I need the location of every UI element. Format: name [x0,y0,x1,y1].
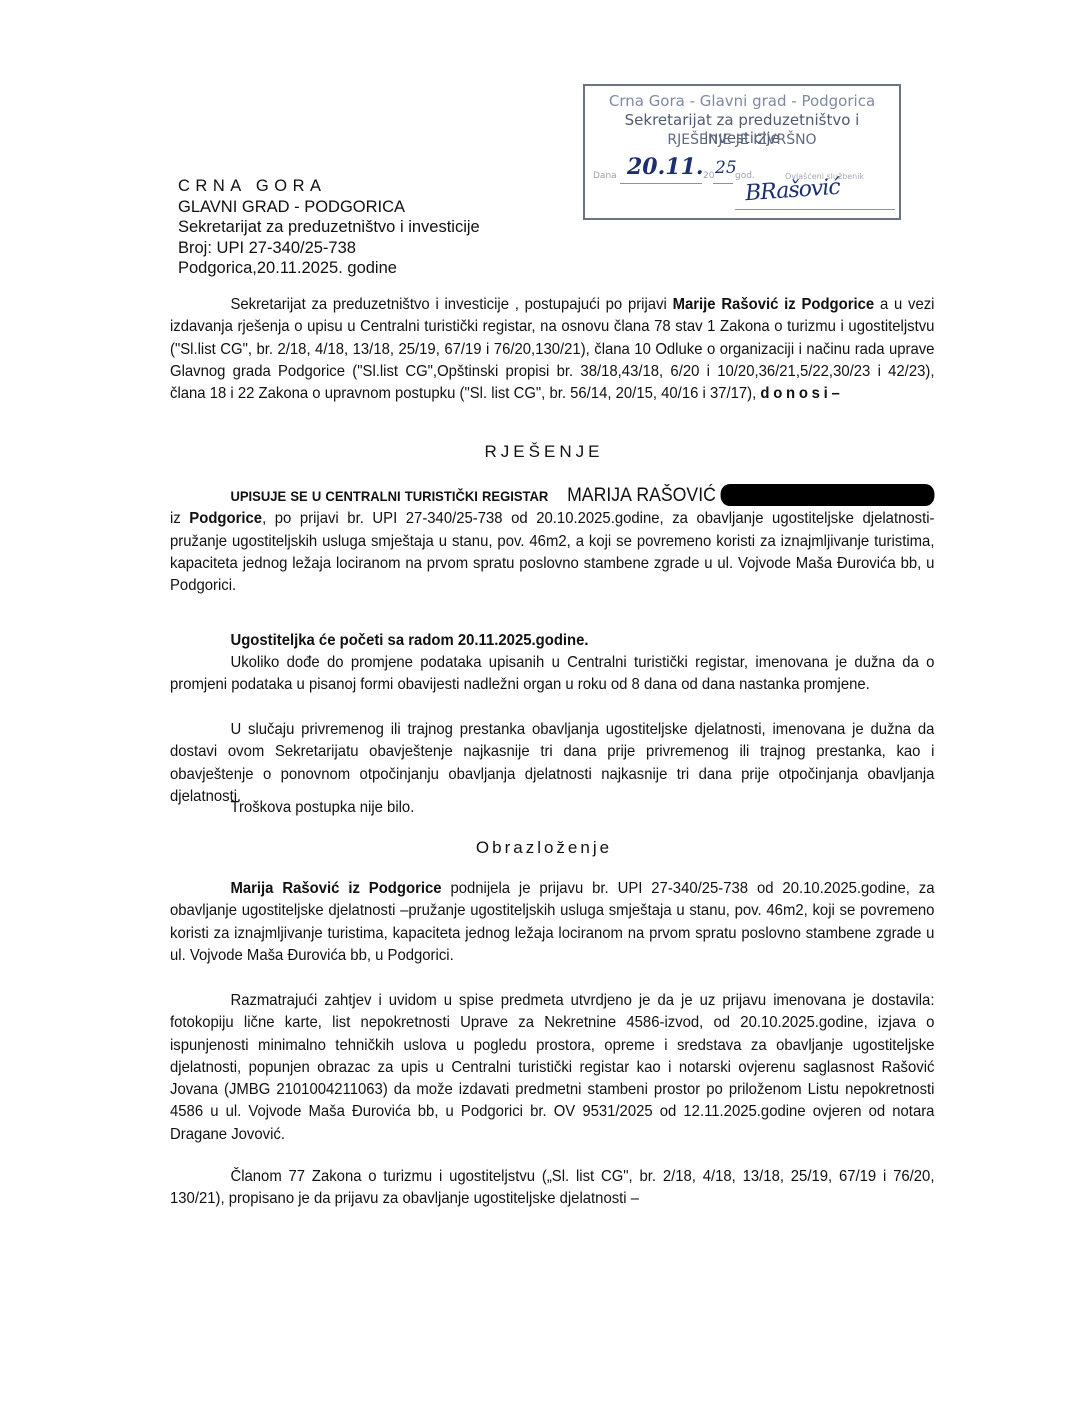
header-place-date: Podgorica,20.11.2025. godine [178,258,480,279]
stamp-date-line [620,183,702,184]
city-bold: Podgorice [189,510,262,527]
enforceability-stamp: Crna Gora - Glavni grad - Podgorica Sekr… [583,84,901,220]
decision-paragraph: UPISUJE SE U CENTRALNI TURISTIČKI REGIST… [170,484,934,597]
stamp-line-1: Crna Gora - Glavni grad - Podgorica [585,92,899,110]
termination-paragraph: U slučaju privremenog ili trajnog presta… [170,719,934,808]
upisuje-text: UPISUJE SE U CENTRALNI TURISTIČKI REGIST… [230,488,548,504]
intro-text-1: Sekretarijat za preduzetništvo i investi… [230,296,672,313]
document-page: Crna Gora - Glavni grad - Podgorica Sekr… [0,0,1088,1408]
stamp-year-line [713,183,733,184]
stamp-dana-label: Dana [593,171,617,181]
reasoning-title: Obrazloženje [0,838,1088,858]
reasoning-paragraph-1: Marija Rašović iz Podgorice podnijela je… [170,878,934,967]
iz-text: iz [170,510,189,527]
stamp-handwritten-year: 25 [715,158,737,178]
intro-paragraph: Sekretarijat za preduzetništvo i investi… [170,294,934,405]
number-value: UPI 27-340/25-738 [217,239,356,257]
reasoning-applicant-bold: Marija Rašović iz Podgorice [230,880,441,897]
donosi-word: donosi– [760,385,843,402]
header-country: CRNA GORA [178,176,480,197]
reasoning-paragraph-3: Članom 77 Zakona o turizmu i ugostiteljs… [170,1166,934,1211]
stamp-year-suffix: god. [735,171,755,181]
stamp-signature: BRašović [744,175,840,207]
start-date-paragraph: Ugostiteljka će početi sa radom 20.11.20… [170,630,934,652]
redacted-block [721,484,935,506]
header-city: GLAVNI GRAD - PODGORICA [178,197,480,218]
stamp-line-3: RJEŠENJE JE IZVRŠNO [585,132,899,148]
document-header: CRNA GORA GLAVNI GRAD - PODGORICA Sekret… [178,176,480,279]
decision-title: RJEŠENJE [0,442,1088,462]
registered-name: MARIJA RAŠOVIĆ [567,485,716,506]
change-paragraph: Ukoliko dođe do promjene podataka upisan… [170,652,934,697]
start-date-bold: Ugostiteljka će početi sa radom 20.11.20… [230,632,588,649]
stamp-handwritten-date: 20.11. [627,154,704,180]
header-number: Broj: UPI 27-340/25-738 [178,238,480,259]
stamp-signature-line [735,209,895,210]
decision-text: , po prijavi br. UPI 27-340/25-738 od 20… [170,510,934,594]
applicant-name-bold: Marije Rašović iz Podgorice [673,296,875,313]
reasoning-paragraph-2: Razmatrajući zahtjev i uvidom u spise pr… [170,990,934,1146]
number-label: Broj: [178,239,212,257]
costs-paragraph: Troškova postupka nije bilo. [170,797,934,819]
header-department: Sekretarijat za preduzetništvo i investi… [178,217,480,238]
stamp-year-prefix: 20 [703,171,714,181]
